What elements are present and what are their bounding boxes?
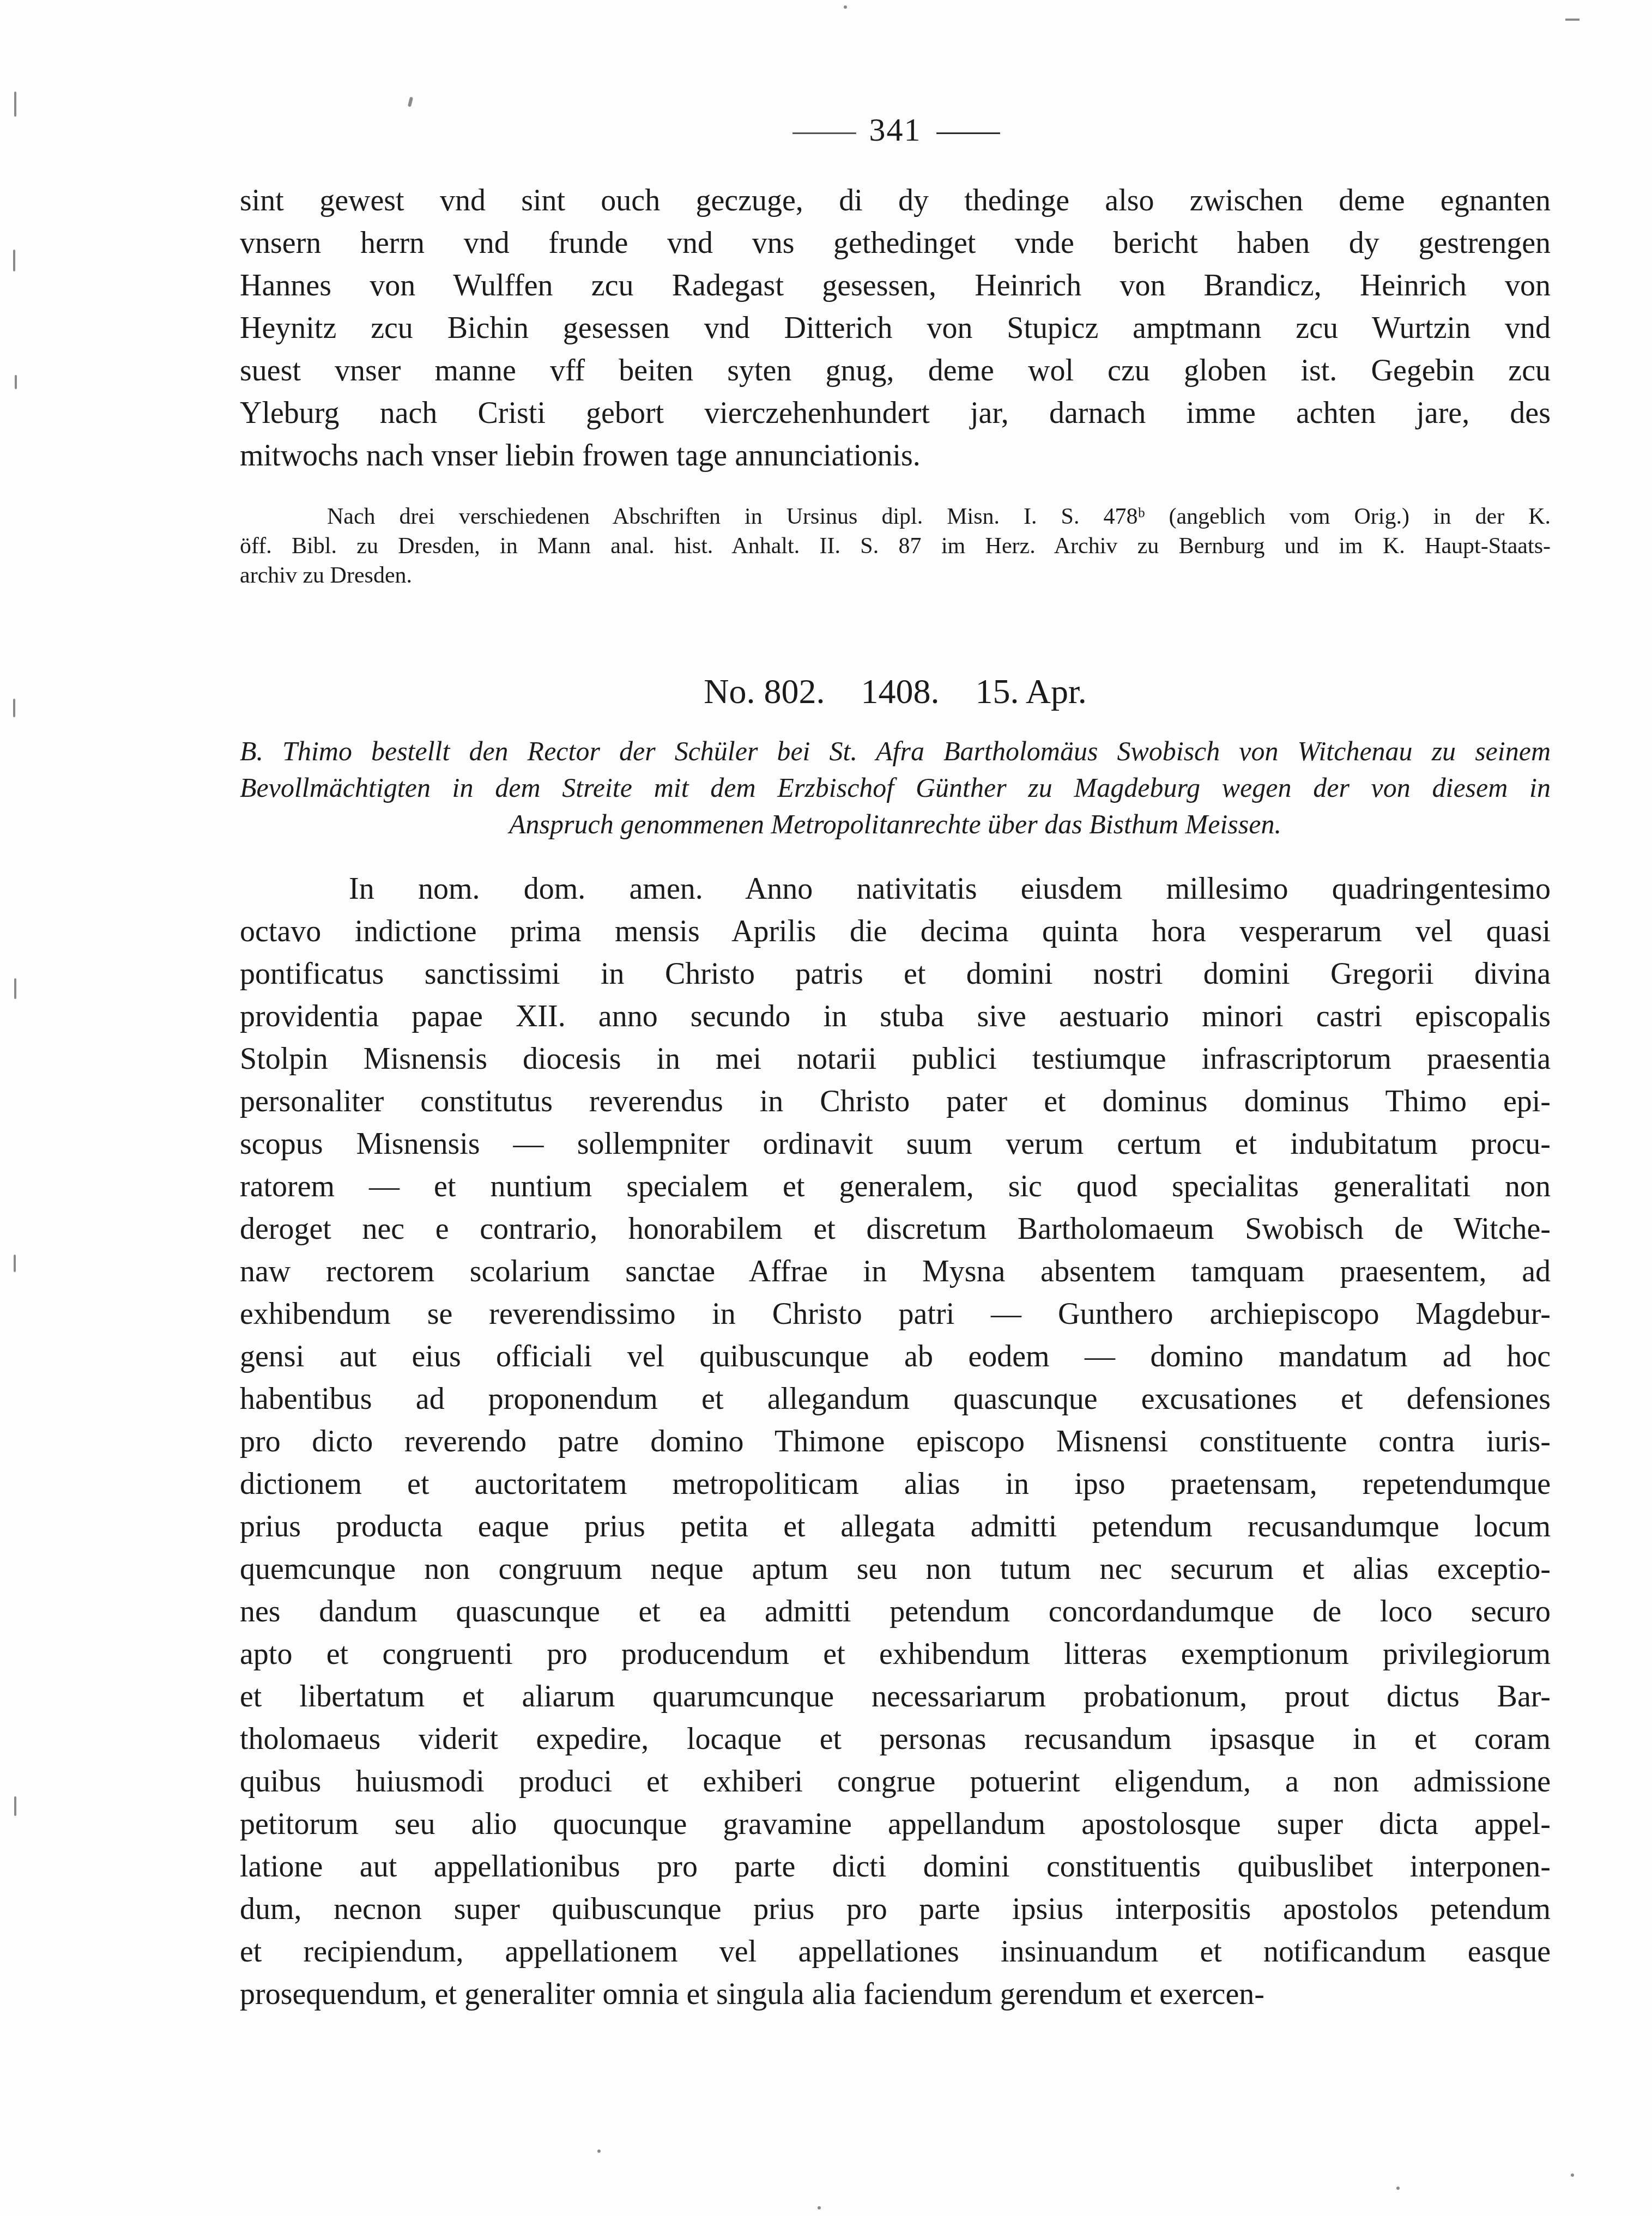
text-line: petitorum seu alio quocunque gravamine a… <box>240 1803 1551 1845</box>
scan-artifact <box>844 5 847 9</box>
text-line: Anspruch genommenen Metropolitanrechte ü… <box>240 806 1551 843</box>
text-line: sint gewest vnd sint ouch geczuge, di dy… <box>240 179 1551 222</box>
scan-artifact <box>14 978 16 999</box>
text-line: deroget nec e contrario, honorabilem et … <box>240 1208 1551 1250</box>
header-dash-right: —— <box>937 112 998 148</box>
scan-artifact <box>1396 2187 1400 2190</box>
text-line: B. Thimo bestellt den Rector der Schüler… <box>240 733 1551 770</box>
text-line: Hannes von Wulffen zcu Radegast gesessen… <box>240 264 1551 307</box>
text-line: Heynitz zcu Bichin gesessen vnd Ditteric… <box>240 307 1551 349</box>
text-line: quemcunque non congruum neque aptum seu … <box>240 1548 1551 1590</box>
text-line: dictionem et auctoritatem metropoliticam… <box>240 1463 1551 1505</box>
entry-heading: No. 802. 1408. 15. Apr. <box>240 670 1551 713</box>
text-line: et libertatum et aliarum quarumcunque ne… <box>240 1675 1551 1718</box>
text-line: personaliter constitutus reverendus in C… <box>240 1080 1551 1123</box>
text-line: Yleburg nach Cristi gebort vierczehenhun… <box>240 392 1551 434</box>
source-note: Nach drei verschiedenen Abschriften in U… <box>240 502 1551 590</box>
scan-artifact <box>14 1255 16 1272</box>
text-line: tholomaeus viderit expedire, locaque et … <box>240 1718 1551 1760</box>
scan-artifact <box>1571 2173 1574 2177</box>
scan-artifact <box>13 699 15 717</box>
page-number: 341 <box>854 112 937 148</box>
text-line: scopus Misnensis — sollempniter ordinavi… <box>240 1123 1551 1165</box>
scan-artifact <box>15 375 17 389</box>
text-line: Stolpin Misnensis diocesis in mei notari… <box>240 1038 1551 1080</box>
text-line: quibus huiusmodi produci et exhiberi con… <box>240 1760 1551 1803</box>
entry-date: 15. Apr. <box>975 670 1086 713</box>
text-line: dum, necnon super quibuscunque prius pro… <box>240 1888 1551 1930</box>
text-line: octavo indictione prima mensis Aprilis d… <box>240 910 1551 953</box>
text-line: gensi aut eius officiali vel quibuscunqu… <box>240 1335 1551 1378</box>
text-line: öff. Bibl. zu Dresden, in Mann anal. his… <box>240 531 1551 561</box>
text-line: providentia papae XII. anno secundo in s… <box>240 995 1551 1038</box>
entry-year: 1408. <box>861 670 939 713</box>
text-line: nes dandum quascunque et ea admitti pete… <box>240 1590 1551 1633</box>
text-line: exhibendum se reverendissimo in Christo … <box>240 1293 1551 1335</box>
scan-artifact <box>13 250 15 271</box>
text-line: apto et congruenti pro producendum et ex… <box>240 1633 1551 1675</box>
scan-artifact <box>14 1796 16 1816</box>
text-line: mitwochs nach vnser liebin frowen tage a… <box>240 434 1551 477</box>
text-line: suest vnser manne vff beiten syten gnug,… <box>240 349 1551 392</box>
entry-number: No. 802. <box>704 670 825 713</box>
text-line: Bevollmächtigten in dem Streite mit dem … <box>240 770 1551 806</box>
scan-artifact <box>14 92 16 117</box>
text-line: naw rectorem scolarium sanctae Affrae in… <box>240 1250 1551 1293</box>
scan-artifact <box>408 97 413 107</box>
text-line: Nach drei verschiedenen Abschriften in U… <box>240 502 1551 531</box>
text-line: vnsern herrn vnd frunde vnd vns gethedin… <box>240 222 1551 264</box>
scan-artifact <box>818 2206 821 2209</box>
scanned-page: ——341—— sint gewest vnd sint ouch geczug… <box>0 0 1652 2216</box>
previous-entry-paragraph: sint gewest vnd sint ouch geczuge, di dy… <box>240 179 1551 477</box>
text-line: ratorem — et nuntium specialem et genera… <box>240 1165 1551 1208</box>
text-line: prosequendum, et generaliter omnia et si… <box>240 1973 1551 2015</box>
scan-artifact <box>597 2150 601 2153</box>
text-line: pontificatus sanctissimi in Christo patr… <box>240 953 1551 995</box>
scan-artifact <box>1565 19 1580 21</box>
text-line: habentibus ad proponendum et allegandum … <box>240 1378 1551 1420</box>
text-line: latione aut appellationibus pro parte di… <box>240 1845 1551 1888</box>
header-dash-left: —— <box>793 112 854 148</box>
text-line: In nom. dom. amen. Anno nativitatis eius… <box>240 868 1551 910</box>
text-line: archiv zu Dresden. <box>240 561 1551 590</box>
page-header: ——341—— <box>240 112 1551 148</box>
text-line: pro dicto reverendo patre domino Thimone… <box>240 1420 1551 1463</box>
notarial-instrument-text: In nom. dom. amen. Anno nativitatis eius… <box>240 868 1551 2015</box>
regest-summary: B. Thimo bestellt den Rector der Schüler… <box>240 733 1551 843</box>
text-line: et recipiendum, appellationem vel appell… <box>240 1930 1551 1973</box>
text-line: prius producta eaque prius petita et all… <box>240 1505 1551 1548</box>
